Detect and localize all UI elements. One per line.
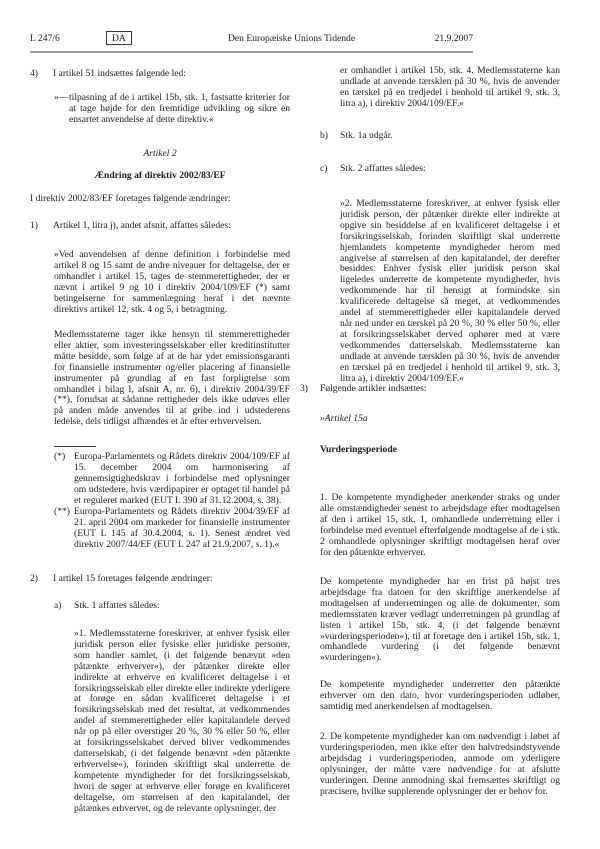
item-text: Artikel 1, litra j), andet afsnit, affat… (53, 221, 290, 232)
article-15a-paragraph-4: 2. De kompetente myndigheder kan om nødv… (320, 732, 560, 797)
item-text: Følgende artikler indsættes: (320, 384, 560, 395)
footnote-text: Europa-Parlamentets og Rådets direktiv 2… (74, 507, 290, 551)
article-15a-paragraph-2: De kompetente myndigheder har en frist p… (320, 577, 560, 664)
journal-reference: L 247/6 (30, 34, 60, 45)
dash-marker: »— (54, 93, 68, 104)
item-number: 1) (30, 221, 38, 232)
article-title: Ændring af direktiv 2002/83/EF (30, 171, 290, 182)
footnote-mark: (*) (54, 452, 65, 463)
item-1-paragraph-2: Medlemsstaterne tager ikke hensyn til st… (54, 330, 290, 428)
article-intro: I direktiv 2002/83/EF foretages følgende… (30, 194, 290, 205)
language-badge: DA (106, 31, 132, 45)
item-number: 3) (300, 384, 308, 395)
article-15a-title: Vurderingsperiode (320, 445, 560, 456)
item-2-sub-a-paragraph: »1. Medlemsstaterne foreskriver, at enhv… (74, 629, 290, 814)
sub-item-c-paragraph: »2. Medlemsstaterne foreskriver, at enhv… (340, 199, 560, 384)
sub-item-text: Stk. 1a udgår. (340, 131, 560, 142)
article-15a-paragraph-3: De kompetente myndigheder underretter de… (320, 680, 560, 713)
article-label: Artikel 2 (30, 149, 290, 160)
sub-item-letter: c) (320, 164, 327, 175)
header-rule (30, 51, 473, 53)
article-15a-label: »Artikel 15a (320, 414, 560, 425)
item-number: 4) (30, 69, 38, 80)
item-number: 2) (30, 574, 38, 585)
sub-item-letter: a) (54, 601, 61, 612)
continuation-paragraph: er omhandlet i artikel 15b, stk. 4. Medl… (340, 66, 560, 110)
publication-date: 21.9.2007 (435, 34, 473, 45)
footnote-separator (54, 446, 96, 447)
journal-title: Den Europæiske Unions Tidende (228, 34, 355, 45)
page-header: L 247/6 DA Den Europæiske Unions Tidende… (30, 30, 473, 46)
item-text: I artikel 15 foretages følgende ændringe… (53, 574, 290, 585)
dash-text: tilpasning af de i artikel 15b, stk. 1, … (69, 93, 290, 126)
article-15a-paragraph-1: 1. De kompetente myndigheder anerkender … (320, 493, 560, 558)
footnote-text: Europa-Parlamentets og Rådets direktiv 2… (74, 452, 290, 507)
item-1-paragraph-1: »Ved anvendelsen af denne definition i f… (54, 250, 290, 315)
item-text: I artikel 51 indsættes følgende led: (53, 69, 290, 80)
sub-item-text: Stk. 1 affattes således: (74, 601, 290, 612)
sub-item-letter: b) (320, 131, 328, 142)
sub-item-text: Stk. 2 affattes således: (340, 164, 560, 175)
footnote-mark: (**) (54, 507, 70, 518)
